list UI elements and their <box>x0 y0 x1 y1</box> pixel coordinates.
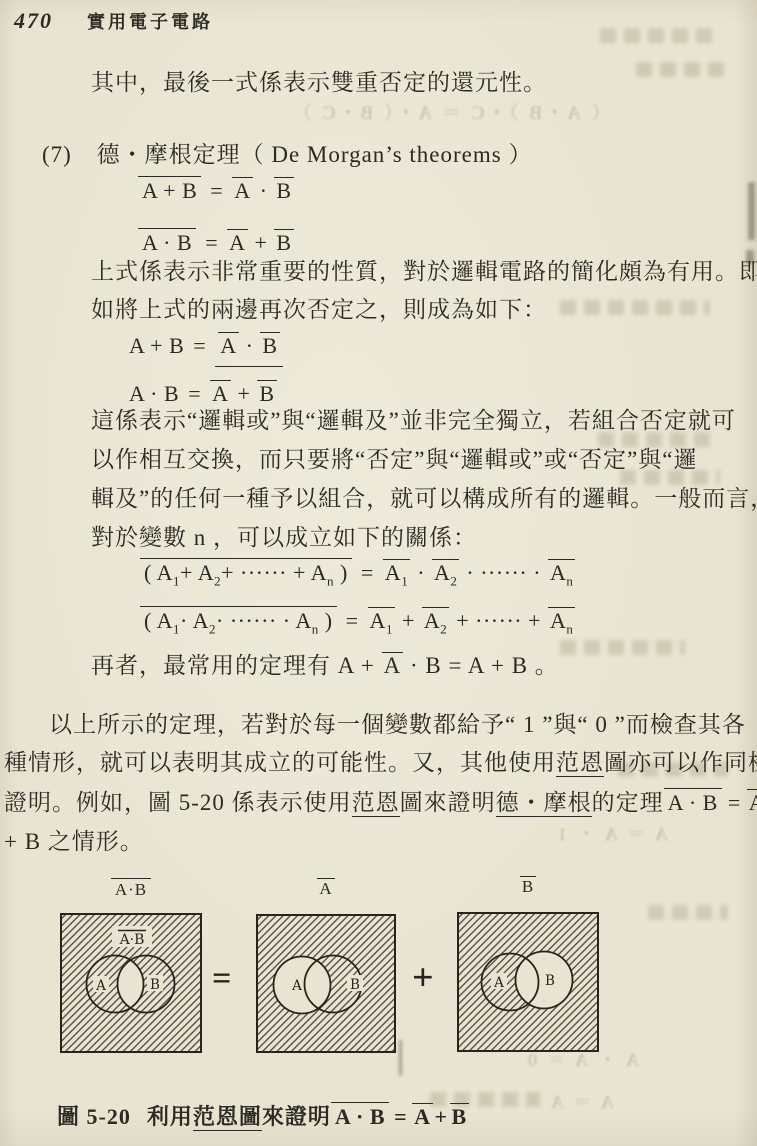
formula-demorgan-2: A · B=A+B <box>138 228 294 256</box>
bleedthrough-blob <box>636 62 726 77</box>
proper-noun: 范恩 <box>556 750 604 777</box>
lhs: A + B <box>129 333 184 358</box>
lhs-part: · ······ · A <box>216 608 312 633</box>
subscript: n <box>312 621 319 636</box>
overlined-group: ( A1· A2· ······ · An ) <box>140 606 337 636</box>
text: · B = A + B 。 <box>410 653 559 678</box>
or-plus: + <box>238 381 251 406</box>
equals-sign: = <box>346 608 359 633</box>
term: A <box>550 560 566 585</box>
not-a: A <box>747 789 757 814</box>
venn3-top-label: B <box>457 876 599 897</box>
text: 利用 <box>147 1104 193 1129</box>
scanned-book-page: （ A・B ）・C ＝ A・（ B・C ） A ＝ A ・ 1 A ・ A ＝ … <box>0 0 757 1146</box>
lhs-part: · A <box>180 608 209 633</box>
not-a1: A1 <box>383 559 410 588</box>
book-title: 實用電子電路 <box>87 12 213 32</box>
body-line: 輯及”的任何一種予以組合，就可以構成所有的邏輯。一般而言， <box>91 486 757 511</box>
figure-number: 圖 5-20 <box>57 1104 131 1129</box>
equals-sign: = <box>361 560 374 585</box>
overlined-group: A + B <box>138 176 201 202</box>
text: 證明。例如，圖 5-20 係表示使用 <box>4 790 352 815</box>
bleedthrough-formula: A ＝ A <box>548 1088 614 1114</box>
body-line: 以作相互交換，而只要將“否定”與“邏輯或”或“否定”與“邏 <box>91 447 697 472</box>
not-a: A <box>210 380 230 405</box>
venn-diagram-not-a: A B <box>256 914 396 1053</box>
lhs-part: + A <box>180 560 214 585</box>
circle-b <box>516 952 573 1009</box>
lhs-part: ) <box>334 560 348 585</box>
formula-negated-1: A + B=A·B <box>129 332 283 367</box>
overlined-group: A · B <box>331 1102 389 1128</box>
and-dot: · <box>246 333 254 358</box>
subscript: 2 <box>440 621 447 636</box>
text: 來證明 <box>262 1104 331 1129</box>
not-a: A <box>227 229 247 254</box>
not-a: A <box>317 878 334 898</box>
subscript: n <box>566 573 573 588</box>
not-an: An <box>548 607 575 636</box>
body-line: 再者，最常用的定理有 A + A · B = A + B 。 <box>91 652 559 678</box>
subscript: 1 <box>401 573 408 588</box>
term: A <box>424 608 440 633</box>
not-b: B <box>257 380 276 405</box>
not-a: A <box>232 177 252 202</box>
subscript: 1 <box>386 621 393 636</box>
venn-diagram-not-b: A B <box>457 912 599 1052</box>
ellipsis-dots: · ······ · <box>466 560 541 585</box>
lhs-part: ( A <box>144 560 173 585</box>
text: 再者，最常用的定理有 A + <box>91 653 375 678</box>
set-b-label: B <box>350 977 360 993</box>
bleedthrough-formula: （ A・B ）・C ＝ A・（ B・C ） <box>290 98 611 125</box>
equals-sign: = <box>188 381 201 406</box>
not-a: A <box>382 652 404 678</box>
body-line: 其中，最後一式係表示雙重否定的還元性。 <box>91 70 547 95</box>
body-line: 種情形，就可以表明其成立的可能性。又，其他使用范恩圖亦可以作同樣的 <box>4 750 757 775</box>
lhs-part: ( A <box>144 608 173 633</box>
proper-noun: 德・摩根 <box>496 790 592 817</box>
term: A <box>370 608 386 633</box>
not-b: B <box>274 177 293 202</box>
lhs-part: + ······ + A <box>221 560 327 585</box>
text: 種情形，就可以表明其成立的可能性。又，其他使用 <box>4 750 556 775</box>
overlined-group: A·B <box>111 878 151 899</box>
subscript: 1 <box>173 621 180 636</box>
inner-label: A·B <box>119 932 145 948</box>
figure-caption: 圖 5-20利用范恩圖來證明A · B=A+B <box>57 1100 469 1131</box>
term: A <box>385 560 401 585</box>
scan-edge-artifact <box>748 182 755 240</box>
body-line: 如將上式的兩邊再次否定之，則成為如下： <box>91 297 547 322</box>
set-a-label: A <box>95 978 106 994</box>
not-a: A <box>218 332 238 357</box>
text: 圖來證明 <box>400 790 496 815</box>
set-a-label: A <box>291 978 302 994</box>
overlined-group: A · B <box>138 228 196 254</box>
or-plus: + <box>255 230 268 255</box>
and-dot: · <box>260 178 268 203</box>
scan-edge-artifact <box>399 1040 402 1076</box>
not-a1: A1 <box>368 607 395 636</box>
circle-a <box>274 957 331 1014</box>
formula-general-2: ( A1· A2· ······ · An )=A1+A2+ ······ +A… <box>140 606 575 636</box>
body-line: 證明。例如，圖 5-20 係表示使用范恩圖來證明德・摩根的定理A · B=A <box>4 788 757 815</box>
and-dot: · <box>417 560 425 585</box>
proper-noun: 范恩 <box>352 790 400 817</box>
body-line: 上式係表示非常重要的性質，對於邏輯電路的簡化頗為有用。即， <box>91 259 757 284</box>
subscript: 2 <box>209 621 216 636</box>
or-plus: + <box>435 1104 448 1129</box>
bleedthrough-formula: A ＝ A ・ 1 <box>555 820 668 846</box>
subscript: n <box>327 573 334 588</box>
body-line: + B 之情形。 <box>4 829 144 854</box>
section-heading: (7) 德・摩根定理（ De Morgan’s theorems ） <box>42 142 532 167</box>
or-plus: + <box>402 608 415 633</box>
equals-sign: = <box>193 333 206 358</box>
section-title: 德・摩根定理（ De Morgan’s theorems ） <box>97 142 533 167</box>
ellipsis-dots: + ······ + <box>456 608 541 633</box>
equals-sign: = <box>728 790 741 815</box>
double-negation-group: A·B <box>215 332 282 367</box>
venn1-top-label: A·B <box>60 878 202 900</box>
body-line: 以上所示的定理，若對於每一個變數都給予“ 1 ”與“ 0 ”而檢查其各 <box>49 712 746 737</box>
overlined-group: A · B <box>664 788 722 814</box>
set-b-label: B <box>545 973 555 989</box>
body-line: 這係表示“邏輯或”與“邏輯及”並非完全獨立，若組合否定就可 <box>91 408 736 433</box>
formula-negated-2: A · B=A+B <box>129 380 277 407</box>
not-b: B <box>450 1103 469 1128</box>
not-a2: A2 <box>432 559 459 588</box>
not-b: B <box>274 229 293 254</box>
term: A <box>550 608 566 633</box>
not-an: An <box>548 559 575 588</box>
figure-equals-sign: = <box>212 960 231 998</box>
not-b: B <box>260 332 279 357</box>
lhs: A · B <box>129 381 179 406</box>
overlined-group: ( A1+ A2+ ······ + An ) <box>140 558 352 588</box>
page-header: 470實用電子電路 <box>14 8 213 34</box>
venn2-top-label: A <box>256 878 396 899</box>
lhs-part: ) <box>319 608 333 633</box>
not-a2: A2 <box>422 607 449 636</box>
text: 圖亦可以作同樣的 <box>604 750 757 775</box>
not-b: B <box>520 876 536 896</box>
equals-sign: = <box>210 178 223 203</box>
figure-plus-sign: + <box>412 956 434 1000</box>
subscript: 2 <box>450 573 457 588</box>
not-a: A <box>412 1103 432 1128</box>
text: 的定理 <box>592 790 664 815</box>
equals-sign: = <box>205 230 218 255</box>
bleedthrough-blob <box>598 432 718 447</box>
bleedthrough-blob <box>648 905 728 920</box>
equals-sign: = <box>394 1104 407 1129</box>
section-number: (7) <box>42 142 72 167</box>
set-b-label: B <box>150 977 160 993</box>
subscript: n <box>566 621 573 636</box>
page-number: 470 <box>14 8 53 33</box>
body-line: 對於變數 n ，可以成立如下的關係： <box>91 525 477 550</box>
bleedthrough-blob <box>560 640 685 655</box>
term: A <box>434 560 450 585</box>
formula-demorgan-1: A + B=A·B <box>138 176 294 204</box>
venn-diagram-not-a-and-b: A·B A B <box>60 913 202 1053</box>
bleedthrough-blob <box>600 28 720 43</box>
set-a-label: A <box>493 975 504 991</box>
formula-general-1: ( A1+ A2+ ······ + An )=A1·A2· ······ ·A… <box>140 558 575 588</box>
proper-noun: 范恩圖 <box>193 1104 262 1131</box>
bleedthrough-blob <box>560 300 710 315</box>
subscript: 1 <box>173 573 180 588</box>
